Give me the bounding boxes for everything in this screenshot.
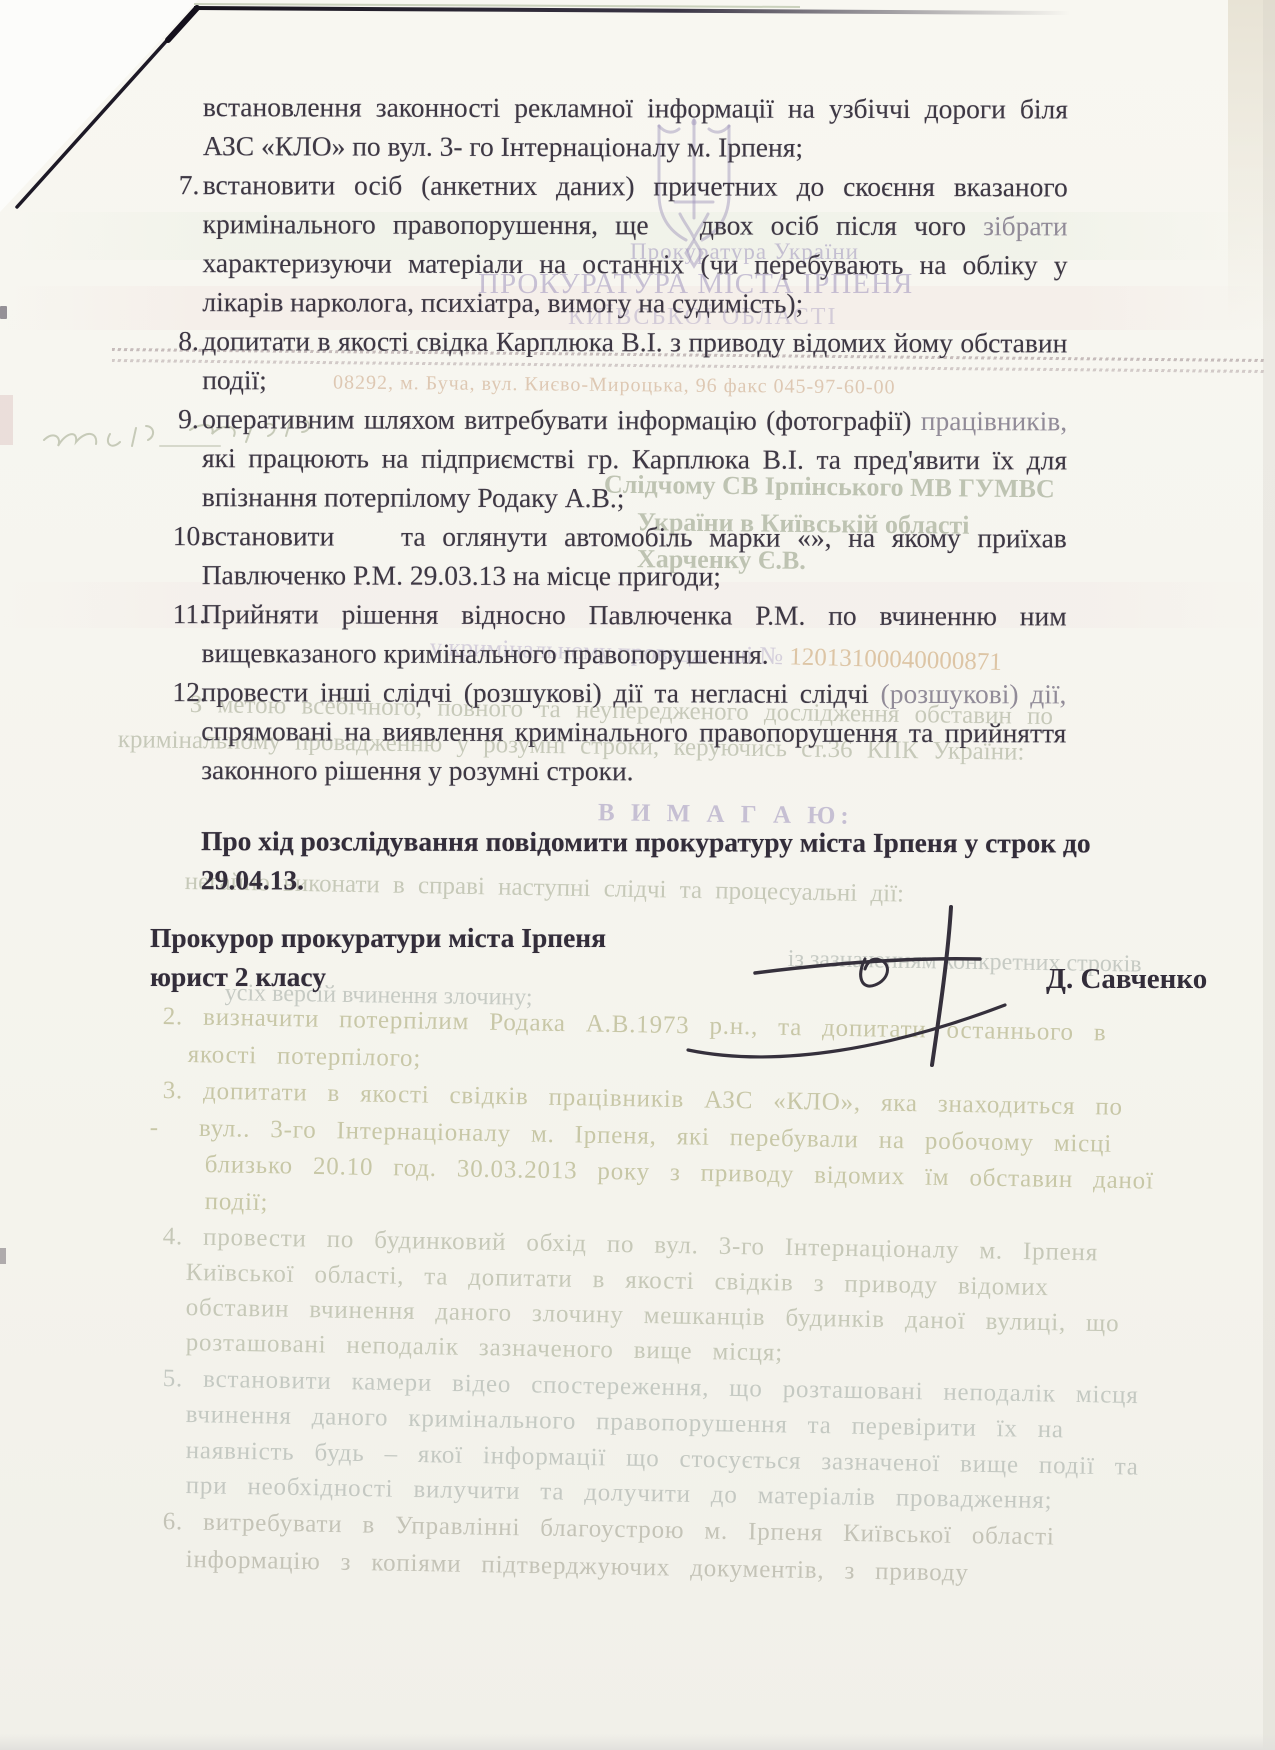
line-text: оперативним шляхом витребувати інформаці… [202,403,911,436]
line-text: допитати в якості свідка Карплюка В.І. з… [202,325,1067,358]
line-text: спрямовані на виявлення кримінального пр… [201,715,1066,748]
bleed-list-line: 4. провести по будинковий обхід по вул. … [163,1223,1099,1267]
text-line: АЗС «КЛО» по вул. 3- го Інтернаціоналу м… [148,126,1068,167]
text-line: законного рішення у розумні строки. [146,750,1066,791]
text-line: 9.оперативним шляхом витребувати інформа… [147,399,1067,440]
text-line: які працюють на підприємстві гр. Карплюк… [147,438,1067,479]
line-text: вищевказаного кримінального правопорушен… [201,637,768,669]
scan-edge-mark [0,1248,6,1264]
line-text: провести інші слідчі (розшукові) дії та … [201,676,869,709]
line-text: події; [202,364,267,395]
line-text: АЗС «КЛО» по вул. 3- го Інтернаціоналу м… [203,130,803,163]
scanned-document-page: { "colors": { "ink": "#3e3844", "bold_in… [0,0,1275,1750]
line-text: встановити осіб (анкетних даних) причетн… [203,169,1068,202]
bleed-list-line: розташовані неподалік зазначеного вище м… [186,1329,784,1367]
bleed-list-line: при необхідності вилучити та долучити до… [186,1472,1053,1515]
page-corner-fold-edge [0,0,260,230]
text-line: події; [147,360,1067,401]
text-line: встановлення законності рекламної інформ… [148,87,1068,128]
line-text: законного рішення у розумні строки. [201,754,633,786]
text-line: 8.допитати в якості свідка Карплюка В.І.… [147,321,1067,362]
text-line: вищевказаного кримінального правопорушен… [146,633,1066,674]
bleed-list-line: вчинення даного кримінального правопоруш… [186,1401,1065,1444]
bleed-list-line: наявність будь – якої інформації що стос… [186,1437,1139,1482]
signer-block: Прокурор прокуратури міста Ірпеняюрист 2… [150,918,606,996]
bleed-list-line: якості потерпілого; [188,1041,422,1073]
list-item-number: 10. [173,516,207,555]
signature-ink [660,895,1270,1085]
bleed-list-line: події; [205,1188,269,1217]
list-item-number: 8. [178,321,199,360]
line-text: впізнання потерпілому Родаку А.В.; [202,481,625,513]
bleed-list-line: 5. встановити камери відео спостереження… [163,1365,1139,1410]
text-line: спрямовані на виявлення кримінального пр… [146,711,1066,752]
text-line: впізнання потерпілому Родаку А.В.; [147,477,1067,518]
scan-edge-mark [0,306,7,319]
bleed-list-line: - вул.. 3-го Інтернаціоналу м. Ірпеня, я… [150,1114,1113,1159]
line-text: Павлюченко Р.М. 29.03.13 на місце пригод… [202,559,721,591]
text-line: лікарів нарколога, психіатра, вимогу на … [147,282,1067,323]
text-line: 7.встановити осіб (анкетних даних) приче… [148,165,1068,206]
list-item-number: 11. [173,594,206,633]
line-text: Прийняти рішення відносно Павлюченка Р.М… [202,598,1067,631]
list-item-number: 12. [172,672,206,711]
line-text: лікарів нарколога, психіатра, вимогу на … [202,286,803,319]
line-text: характеризуючи матеріали на останніх (чи… [202,247,1067,280]
line-text-faded: зібрати [983,210,1068,241]
line-text: які працюють на підприємстві гр. Карплюк… [202,442,1067,475]
text-line: 12.провести інші слідчі (розшукові) дії … [146,672,1066,713]
line-text: Про хід розслідування повідомити прокура… [201,825,1091,858]
scan-edge-top-line [0,0,1275,24]
text-line: Про хід розслідування повідомити прокура… [146,821,1066,862]
line-text: юрист 2 класу [150,961,326,992]
line-text: Прокурор прокуратури міста Ірпеня [150,922,606,953]
text-line: характеризуючи матеріали на останніх (чи… [147,243,1067,284]
bleed-list-line: інформацію з копіями підтверджуючих доку… [186,1546,969,1588]
scan-edge-bottom [0,1734,1275,1750]
scan-edge-right [1263,0,1275,1750]
bleed-list-line: близько 20.10 год. 30.03.2013 року з при… [205,1151,1154,1196]
text-line: Прокурор прокуратури міста Ірпеня [150,918,606,957]
text-line: Павлюченко Р.М. 29.03.13 на місце пригод… [147,555,1067,596]
line-text: 29.04.13. [201,864,304,895]
text-line: кримінального правопорушення, ще двох ос… [148,204,1068,245]
bleed-list-line: обставин вчинення даного злочину мешканц… [186,1294,1120,1338]
bleed-list-line: 6. витребувати в Управлінні благоустрою … [163,1508,1055,1552]
line-text-faded: (розшукові) дії, [881,678,1067,709]
bleed-list-line: Київської області, та допитати в якості … [186,1259,1049,1302]
text-line: 11.Прийняти рішення відносно Павлюченка … [147,594,1067,635]
scan-edge-mark [0,395,13,445]
text-line: 10.встановити та оглянути автомобіль мар… [147,516,1067,557]
paragraph-gap [146,789,1066,823]
line-text: кримінального правопорушення, ще двох ос… [203,208,966,241]
document-body: встановлення законності рекламної інформ… [146,87,1068,901]
list-item-number: 9. [178,399,199,438]
line-text-faded: працівників, [921,405,1067,436]
text-line: юрист 2 класу [150,957,606,996]
line-text: встановлення законності рекламної інформ… [203,91,1068,124]
line-text: встановити та оглянути автомобіль марки … [202,520,1067,553]
